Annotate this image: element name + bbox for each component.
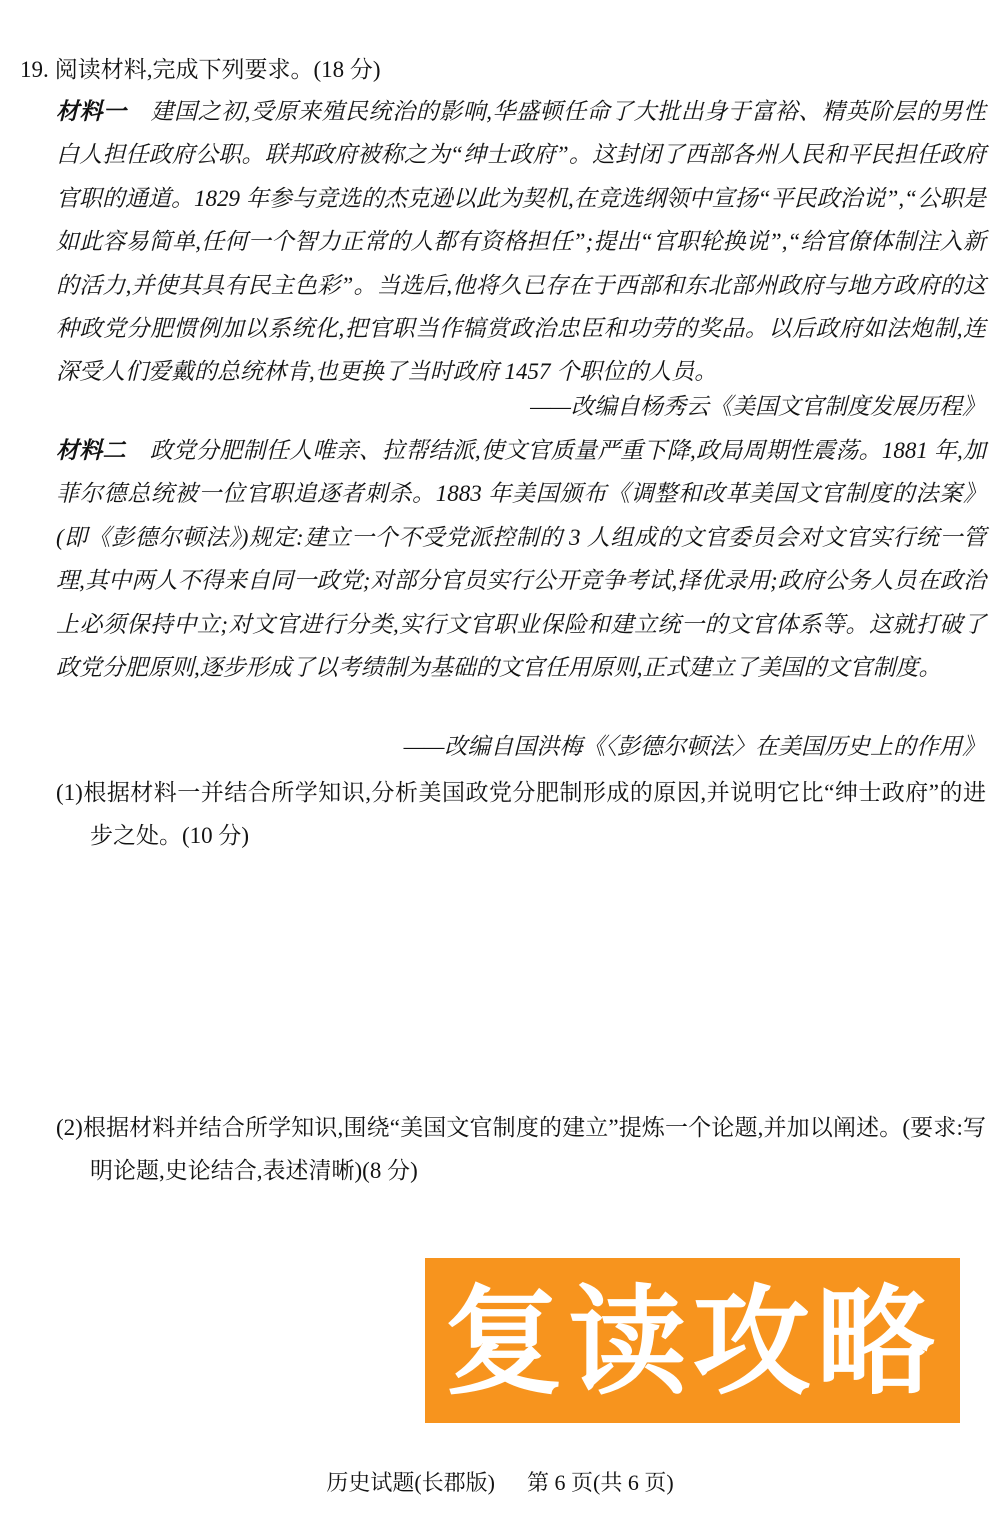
material-2-label: 材料二 xyxy=(56,438,126,463)
page-footer: 历史试题(长郡版) 第 6 页(共 6 页) xyxy=(0,1468,1000,1498)
question-intro-text: 阅读材料,完成下列要求。(18 分) xyxy=(55,57,381,82)
subquestion-2-text: 根据材料并结合所学知识,围绕“美国文官制度的建立”提炼一个论题,并加以阐述。(要… xyxy=(83,1115,986,1183)
promo-banner: 复读攻略 xyxy=(425,1258,960,1423)
subquestion-1-number: (1) xyxy=(56,780,83,805)
material-1-source: ——改编自杨秀云《美国文官制度发展历程》 xyxy=(530,391,985,423)
material-2-text: 政党分肥制任人唯亲、拉帮结派,使文官质量严重下降,政局周期性震荡。1881 年,… xyxy=(56,438,986,680)
subquestion-1: (1)根据材料一并结合所学知识,分析美国政党分肥制形成的原因,并说明它比“绅士政… xyxy=(56,771,986,858)
subquestion-2: (2)根据材料并结合所学知识,围绕“美国文官制度的建立”提炼一个论题,并加以阐述… xyxy=(56,1106,986,1193)
question-number: 19. xyxy=(20,57,49,82)
promo-banner-text: 复读攻略 xyxy=(444,1280,940,1402)
material-2-source: ——改编自国洪梅《〈彭德尔顿法〉在美国历史上的作用》 xyxy=(404,731,985,763)
material-1: 材料一建国之初,受原来殖民统治的影响,华盛顿任命了大批出身于富裕、精英阶层的男性… xyxy=(56,90,986,394)
exam-page: 19.阅读材料,完成下列要求。(18 分) 材料一建国之初,受原来殖民统治的影响… xyxy=(0,0,1000,1516)
material-1-text: 建国之初,受原来殖民统治的影响,华盛顿任命了大批出身于富裕、精英阶层的男性白人担… xyxy=(56,99,986,384)
question-19-intro: 19.阅读材料,完成下列要求。(18 分) xyxy=(20,54,381,86)
subquestion-2-number: (2) xyxy=(56,1115,83,1140)
footer-page-number: 第 6 页(共 6 页) xyxy=(527,1468,674,1498)
footer-exam-title: 历史试题(长郡版) xyxy=(326,1468,495,1498)
material-2: 材料二政党分肥制任人唯亲、拉帮结派,使文官质量严重下降,政局周期性震荡。1881… xyxy=(56,429,986,689)
material-1-label: 材料一 xyxy=(56,99,127,124)
subquestion-1-text: 根据材料一并结合所学知识,分析美国政党分肥制形成的原因,并说明它比“绅士政府”的… xyxy=(83,780,986,848)
